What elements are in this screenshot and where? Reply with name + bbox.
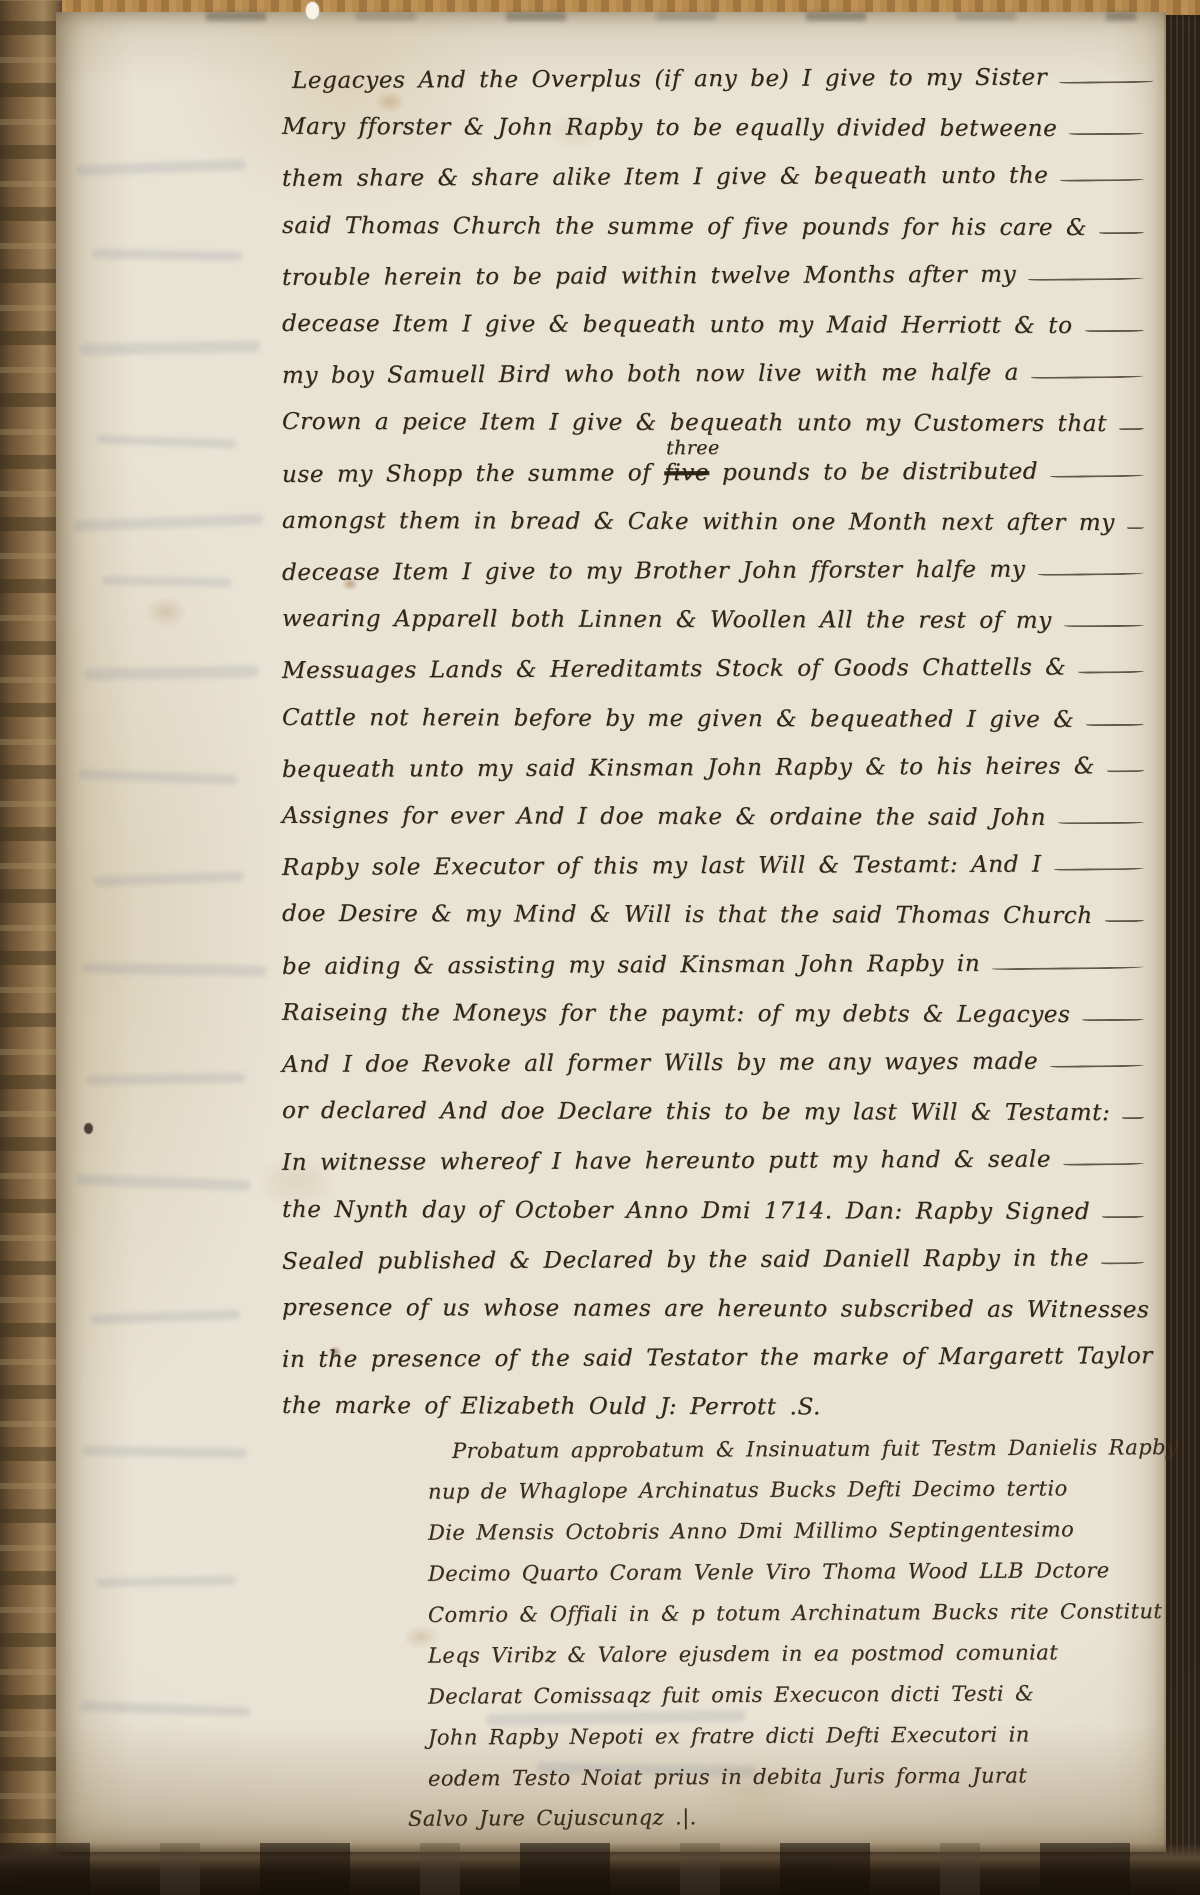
ink-blot (84, 1123, 93, 1134)
probate-line: nup de Whaglope Archinatus Bucks Defti D… (428, 1475, 1068, 1505)
probate-line: Comrio & Offiali in & p totum Archinatum… (428, 1598, 1162, 1629)
probate-line: Die Mensis Octobris Anno Dmi Millimo Sep… (428, 1516, 1074, 1546)
probate-line: John Rapby Nepoti ex fratre dicti Defti … (428, 1721, 1030, 1751)
manuscript-photo: Legacyes And the Overplus (if any be) I … (0, 0, 1200, 1895)
white-speck (306, 2, 319, 19)
probate-line: Decimo Quarto Coram Venle Viro Thoma Woo… (428, 1557, 1110, 1588)
probate-line: Probatum approbatum & Insinuatum fuit Te… (452, 1434, 1178, 1465)
manuscript-page: Legacyes And the Overplus (if any be) I … (56, 12, 1166, 1852)
book-spine-binding (0, 0, 62, 1895)
page-fore-edge (1164, 14, 1200, 1862)
book-edge-bottom (0, 1843, 1200, 1895)
probate-line: Salvo Jure Cujuscunqz .|. (408, 1804, 697, 1833)
probate-line: Leqs Viribz & Valore ejusdem in ea postm… (428, 1639, 1058, 1669)
probate-line: eodem Testo Noiat prius in debita Juris … (428, 1762, 1027, 1792)
probate-text-block: Probatum approbatum & Insinuatum fuit Te… (56, 12, 1166, 1852)
probate-line: Declarat Comissaqz fuit omis Execucon di… (428, 1680, 1034, 1710)
